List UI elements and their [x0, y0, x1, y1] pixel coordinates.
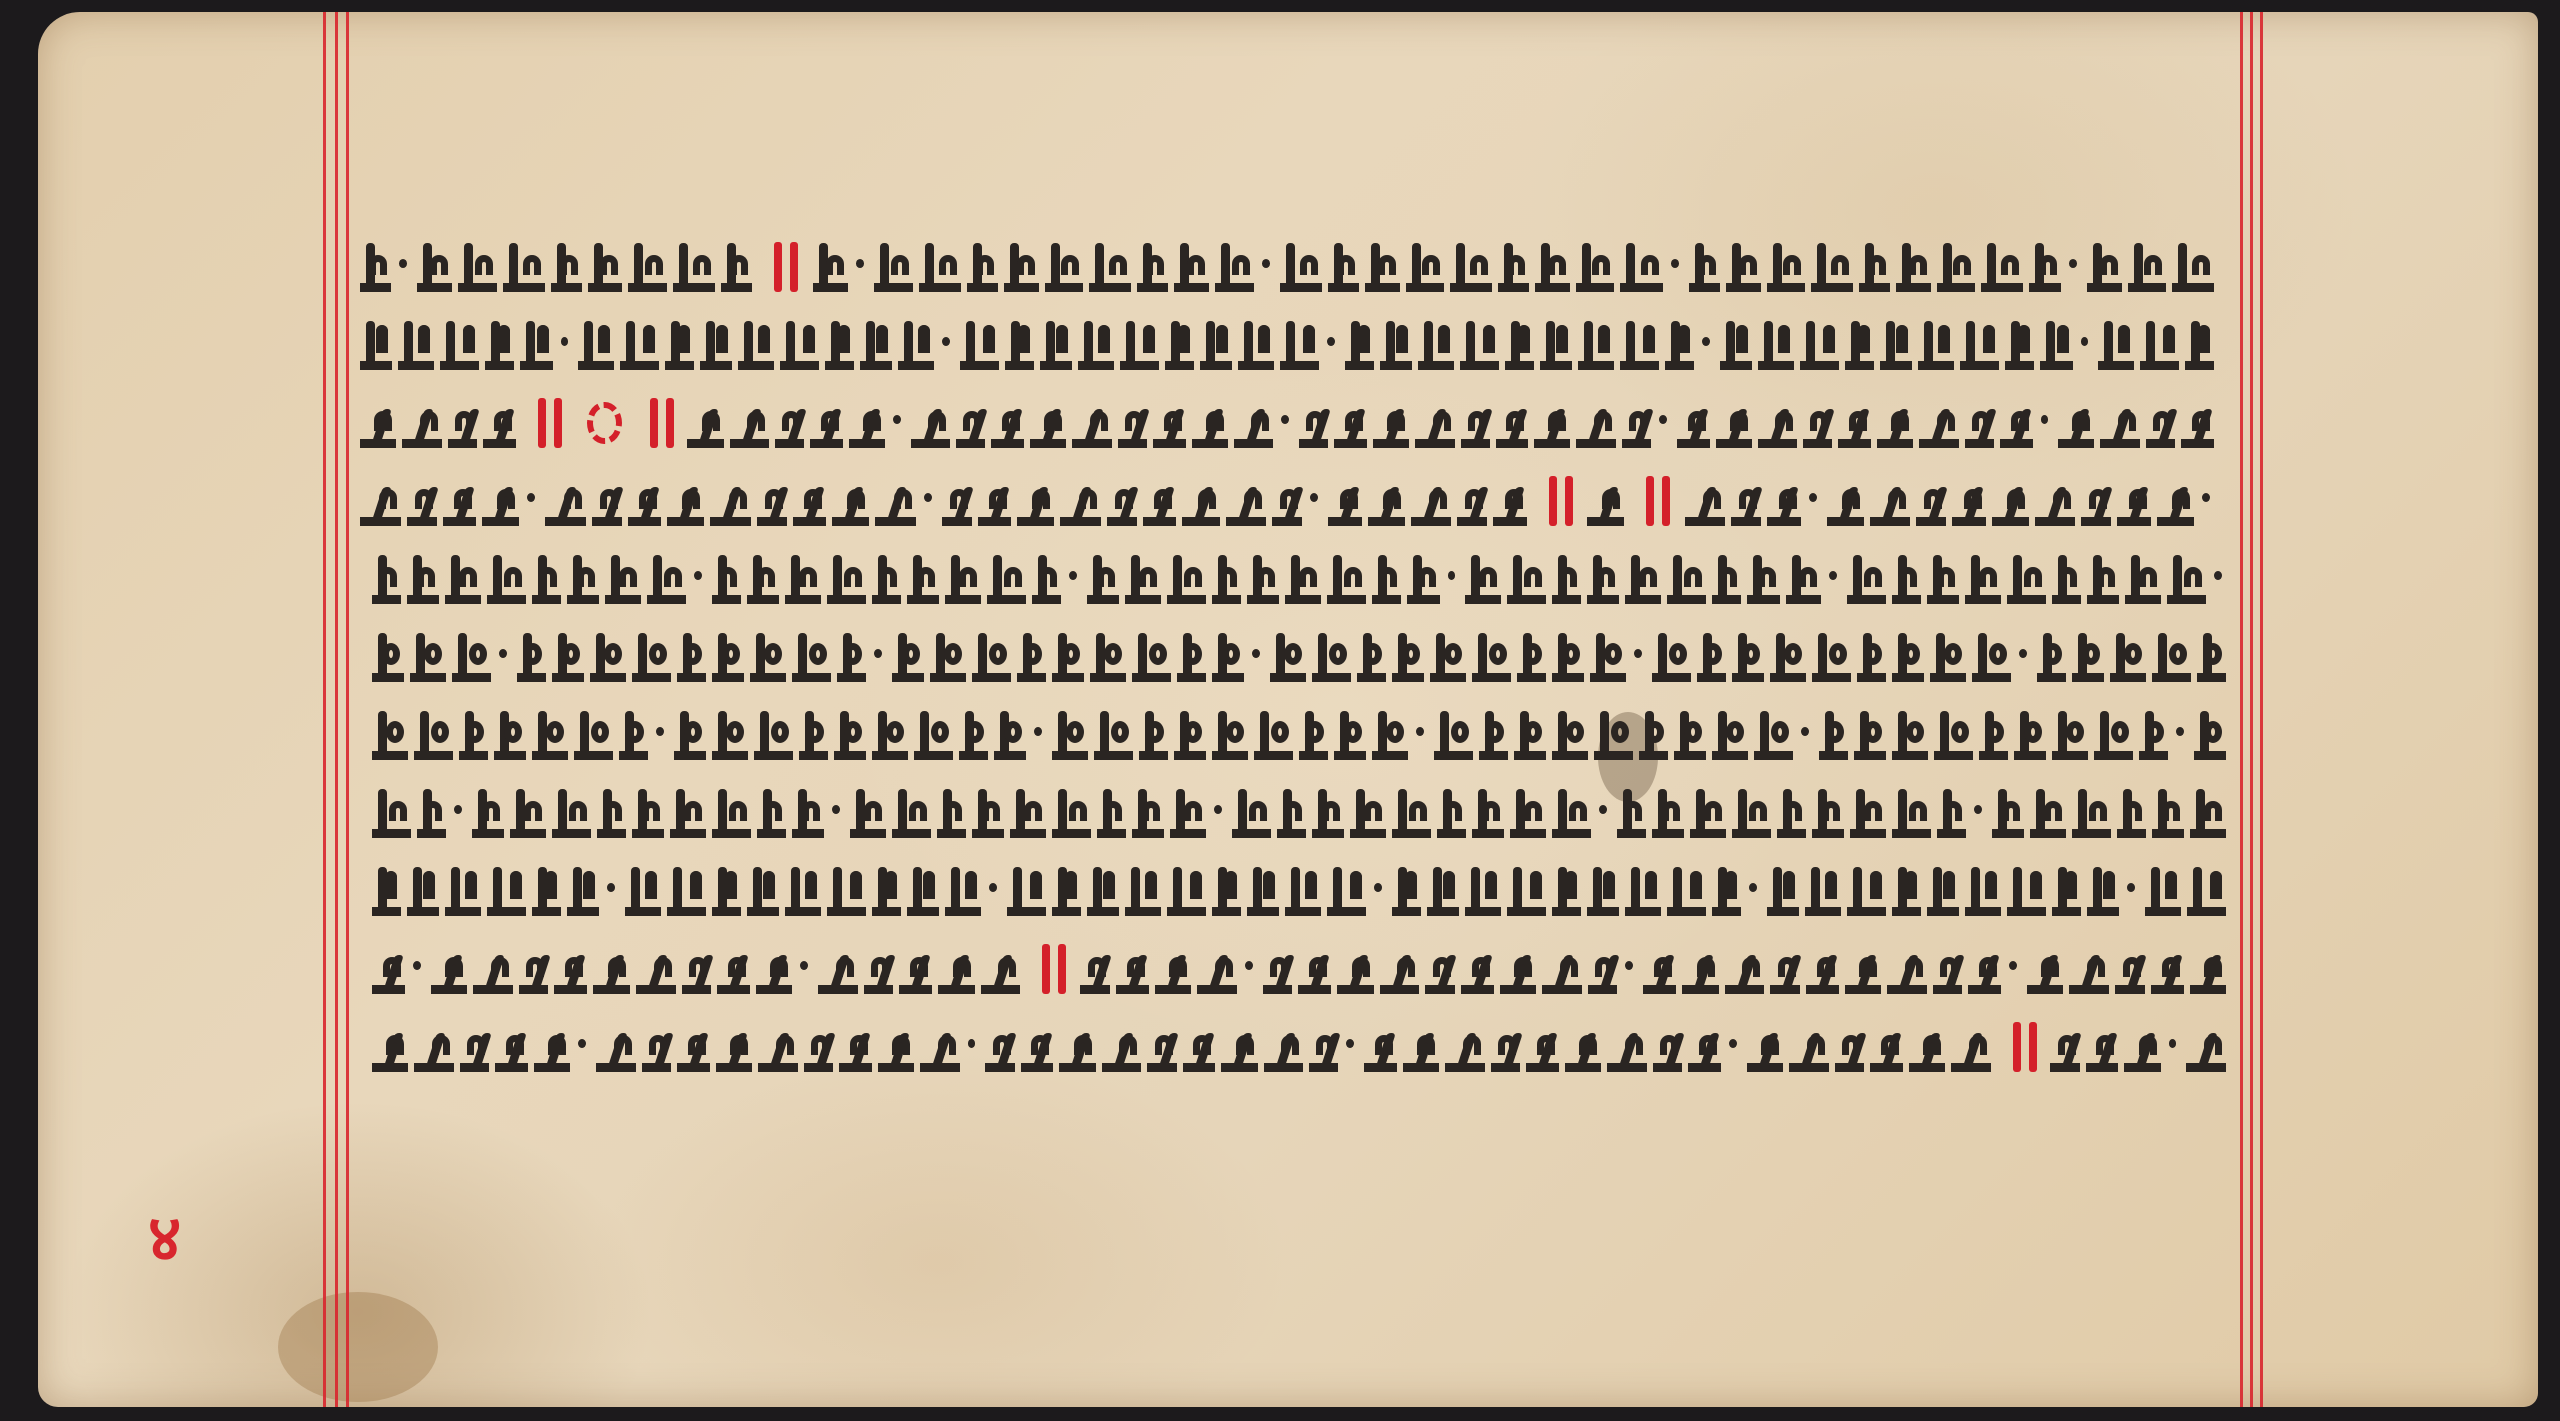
left-margin-rule	[323, 12, 326, 1407]
script-glyph	[1153, 402, 1186, 448]
punctuation-dot	[656, 727, 664, 736]
right-margin-rule	[2250, 12, 2253, 1407]
script-glyph	[837, 636, 866, 682]
script-glyph	[712, 558, 741, 604]
script-glyph	[1716, 402, 1752, 448]
script-glyph	[605, 558, 641, 604]
script-glyph	[1896, 246, 1931, 292]
script-glyph	[1212, 870, 1241, 916]
punctuation-dot	[1829, 571, 1837, 580]
script-glyph	[554, 948, 587, 994]
punctuation-dot	[1416, 727, 1424, 736]
punctuation-dot	[413, 961, 421, 970]
script-glyph	[1587, 558, 1619, 604]
script-glyph	[907, 558, 939, 604]
script-glyph	[2117, 792, 2146, 838]
script-glyph	[1850, 792, 1886, 838]
script-glyph	[1590, 636, 1626, 682]
script-glyph	[1212, 636, 1244, 682]
script-glyph	[1620, 324, 1659, 370]
script-glyph	[1280, 324, 1319, 370]
script-glyph	[1979, 714, 2008, 760]
script-glyph	[1767, 870, 1799, 916]
script-glyph	[1280, 246, 1322, 292]
punctuation-dot	[1729, 1039, 1737, 1048]
punctuation-dot	[1448, 571, 1456, 580]
script-glyph	[2050, 1026, 2079, 1072]
script-glyph	[2005, 324, 2034, 370]
script-glyph	[1437, 792, 1466, 838]
script-glyph	[2190, 948, 2226, 994]
script-glyph	[730, 402, 770, 448]
script-glyph	[417, 246, 452, 292]
script-glyph	[597, 792, 626, 838]
script-glyph	[1892, 870, 1921, 916]
script-glyph	[1800, 324, 1839, 370]
script-glyph	[1221, 1026, 1257, 1072]
script-glyph	[2181, 402, 2214, 448]
script-glyph	[832, 480, 869, 526]
script-glyph	[1927, 558, 1959, 604]
script-glyph	[1007, 870, 1046, 916]
script-glyph	[2040, 324, 2072, 370]
script-glyph	[665, 324, 694, 370]
script-glyph	[1445, 1026, 1485, 1072]
script-glyph	[1827, 480, 1864, 526]
red-double-danda	[1040, 944, 1066, 994]
script-glyph	[1125, 558, 1161, 604]
script-glyph	[1177, 636, 1206, 682]
script-glyph	[1097, 792, 1126, 838]
script-glyph	[872, 714, 908, 760]
script-glyph	[1491, 1026, 1520, 1072]
script-glyph	[2117, 480, 2151, 526]
script-glyph	[1226, 480, 1267, 526]
punctuation-dot	[1974, 805, 1982, 814]
script-glyph	[1425, 948, 1454, 994]
script-glyph	[1754, 714, 1793, 760]
script-glyph	[2030, 792, 2066, 838]
script-glyph	[914, 714, 953, 760]
script-glyph	[360, 324, 392, 370]
script-glyph	[1174, 714, 1206, 760]
script-glyph	[360, 402, 396, 448]
script-glyph	[1247, 870, 1279, 916]
script-glyph	[2187, 870, 2226, 916]
script-glyph	[458, 246, 496, 292]
script-glyph	[1576, 246, 1614, 292]
script-glyph	[494, 714, 526, 760]
script-glyph	[1968, 948, 2001, 994]
script-glyph	[532, 870, 561, 916]
left-margin-rule	[346, 12, 349, 1407]
script-glyph	[567, 870, 599, 916]
script-glyph	[1270, 636, 1306, 682]
script-glyph	[2069, 948, 2109, 994]
script-glyph	[1372, 558, 1401, 604]
script-glyph	[1981, 246, 2023, 292]
punctuation-dot	[499, 649, 507, 658]
script-glyph	[1263, 948, 1292, 994]
script-glyph	[1552, 792, 1591, 838]
script-glyph	[372, 636, 404, 682]
script-glyph	[625, 870, 661, 916]
script-glyph	[987, 558, 1026, 604]
punctuation-dot	[2081, 337, 2089, 346]
script-glyph	[981, 948, 1021, 994]
script-glyph	[1040, 324, 1072, 370]
script-glyph	[1472, 792, 1504, 838]
script-glyph	[495, 1026, 528, 1072]
script-glyph	[1183, 1026, 1216, 1072]
script-glyph	[1392, 870, 1421, 916]
script-glyph	[1972, 636, 2011, 682]
script-glyph	[2029, 246, 2060, 292]
manuscript-text-line	[372, 782, 2232, 838]
script-glyph	[2037, 636, 2066, 682]
manuscript-text-line	[360, 236, 2220, 292]
script-glyph	[1697, 636, 1726, 682]
script-glyph	[1139, 714, 1168, 760]
punctuation-dot	[856, 259, 864, 268]
script-glyph	[2194, 714, 2226, 760]
script-glyph	[1806, 948, 1839, 994]
punctuation-dot	[1262, 259, 1270, 268]
script-glyph	[1507, 870, 1546, 916]
script-glyph	[407, 480, 437, 526]
script-glyph	[1232, 792, 1271, 838]
script-glyph	[2100, 402, 2140, 448]
script-glyph	[1811, 246, 1853, 292]
script-glyph	[1587, 480, 1624, 526]
script-glyph	[919, 246, 961, 292]
script-glyph	[1992, 480, 2029, 526]
script-glyph	[1758, 402, 1798, 448]
script-glyph	[673, 246, 715, 292]
script-glyph	[687, 402, 723, 448]
script-glyph	[1542, 948, 1582, 994]
script-glyph	[1587, 870, 1619, 916]
script-glyph	[1052, 792, 1091, 838]
red-double-danda	[1644, 476, 1670, 526]
script-glyph	[414, 714, 453, 760]
script-glyph	[712, 870, 741, 916]
script-glyph	[750, 636, 786, 682]
script-glyph	[372, 1026, 408, 1072]
script-glyph	[785, 558, 821, 604]
script-glyph	[1143, 480, 1177, 526]
script-glyph	[2140, 324, 2179, 370]
script-glyph	[2087, 246, 2122, 292]
script-glyph	[1933, 948, 1962, 994]
script-glyph	[2014, 714, 2046, 760]
script-glyph	[1916, 480, 1946, 526]
script-glyph	[1835, 1026, 1864, 1072]
manuscript-text-line	[372, 626, 2232, 682]
script-glyph	[780, 324, 819, 370]
script-glyph	[431, 948, 467, 994]
script-glyph	[1460, 324, 1499, 370]
script-glyph	[1434, 714, 1473, 760]
script-glyph	[1406, 246, 1444, 292]
script-glyph	[1167, 558, 1206, 604]
script-glyph	[938, 948, 974, 994]
punctuation-dot	[1034, 727, 1042, 736]
punctuation-dot	[1809, 493, 1817, 502]
script-glyph	[1767, 480, 1801, 526]
script-glyph	[2086, 1026, 2119, 1072]
punctuation-dot	[2127, 883, 2135, 892]
punctuation-dot	[1599, 805, 1607, 814]
edge-stain	[278, 1292, 438, 1402]
script-glyph	[1277, 792, 1306, 838]
script-glyph	[1457, 480, 1487, 526]
script-glyph	[590, 636, 626, 682]
script-glyph	[2052, 870, 2081, 916]
script-glyph	[2081, 480, 2111, 526]
script-glyph	[738, 324, 774, 370]
script-glyph	[717, 948, 750, 994]
script-glyph	[372, 792, 411, 838]
script-glyph	[2190, 792, 2226, 838]
script-glyph	[482, 480, 519, 526]
punctuation-dot	[2009, 961, 2017, 970]
script-glyph	[1517, 636, 1546, 682]
script-glyph	[1254, 714, 1293, 760]
script-glyph	[2072, 792, 2111, 838]
script-glyph	[1182, 480, 1219, 526]
script-glyph	[1272, 480, 1302, 526]
script-glyph	[804, 1026, 833, 1072]
script-glyph	[1870, 1026, 1903, 1072]
script-glyph	[1298, 948, 1331, 994]
script-glyph	[1147, 1026, 1176, 1072]
script-glyph	[552, 636, 584, 682]
script-glyph	[619, 714, 648, 760]
script-glyph	[1309, 1026, 1338, 1072]
script-glyph	[1465, 558, 1501, 604]
script-glyph	[792, 636, 831, 682]
script-glyph	[1847, 870, 1886, 916]
script-glyph	[1934, 714, 1973, 760]
script-glyph	[757, 480, 787, 526]
script-glyph	[417, 792, 446, 838]
script-glyph	[1461, 948, 1494, 994]
script-glyph	[1392, 636, 1424, 682]
script-glyph	[1845, 324, 1874, 370]
script-glyph	[632, 636, 671, 682]
script-glyph	[1461, 402, 1490, 448]
script-glyph	[1712, 714, 1748, 760]
script-glyph	[1403, 1026, 1439, 1072]
script-glyph	[2128, 246, 2166, 292]
script-glyph	[1234, 402, 1274, 448]
script-glyph	[874, 246, 912, 292]
script-glyph	[2152, 636, 2191, 682]
script-glyph	[2072, 636, 2104, 682]
punctuation-dot	[1069, 571, 1077, 580]
script-glyph	[1479, 714, 1508, 760]
script-glyph	[1992, 792, 2024, 838]
script-glyph	[642, 1026, 671, 1072]
script-glyph	[1712, 870, 1741, 916]
script-glyph	[945, 870, 981, 916]
script-glyph	[1857, 636, 1886, 682]
script-glyph	[872, 870, 901, 916]
red-double-danda	[648, 398, 674, 448]
script-glyph	[414, 1026, 454, 1072]
script-glyph	[712, 636, 744, 682]
script-glyph	[460, 1026, 489, 1072]
script-glyph	[994, 714, 1026, 760]
script-glyph	[372, 870, 401, 916]
script-glyph	[1887, 948, 1927, 994]
script-glyph	[596, 1026, 636, 1072]
script-glyph	[1732, 792, 1771, 838]
script-glyph	[747, 558, 779, 604]
script-glyph	[793, 480, 827, 526]
script-glyph	[1892, 714, 1928, 760]
punctuation-dot	[942, 337, 950, 346]
script-glyph	[1682, 948, 1718, 994]
script-glyph	[967, 246, 998, 292]
script-glyph	[1357, 636, 1386, 682]
script-glyph	[1534, 402, 1570, 448]
script-glyph	[1960, 324, 1999, 370]
script-glyph	[1200, 324, 1232, 370]
script-glyph	[907, 870, 939, 916]
script-glyph	[825, 324, 854, 370]
script-glyph	[1299, 714, 1328, 760]
manuscript-text-line	[360, 314, 2220, 370]
script-glyph	[2094, 714, 2133, 760]
script-glyph	[2125, 558, 2161, 604]
script-glyph	[1078, 324, 1114, 370]
script-glyph	[1430, 636, 1466, 682]
script-glyph	[1652, 792, 1684, 838]
manuscript-text-line	[360, 392, 2220, 448]
script-glyph	[712, 792, 751, 838]
script-glyph	[2027, 948, 2063, 994]
right-margin-rule	[2260, 12, 2263, 1407]
script-glyph	[1498, 246, 1529, 292]
script-glyph	[1010, 792, 1046, 838]
script-glyph	[1625, 870, 1661, 916]
script-glyph	[1552, 636, 1584, 682]
punctuation-dot	[399, 259, 407, 268]
script-glyph	[978, 480, 1012, 526]
script-glyph	[1578, 324, 1614, 370]
script-glyph	[1847, 558, 1886, 604]
script-glyph	[1747, 1026, 1783, 1072]
script-glyph	[1805, 870, 1841, 916]
script-glyph	[1689, 246, 1720, 292]
script-glyph	[443, 480, 477, 526]
script-glyph	[1368, 480, 1405, 526]
punctuation-dot	[1625, 961, 1633, 970]
script-glyph	[574, 714, 613, 760]
script-glyph	[1725, 948, 1765, 994]
script-glyph	[1167, 870, 1206, 916]
script-glyph	[2167, 558, 2206, 604]
script-glyph	[503, 246, 545, 292]
script-glyph	[517, 636, 546, 682]
script-glyph	[1653, 1026, 1682, 1072]
script-glyph	[1639, 714, 1668, 760]
script-glyph	[972, 636, 1011, 682]
script-glyph	[1919, 402, 1959, 448]
punctuation-dot	[561, 337, 569, 346]
script-glyph	[834, 714, 866, 760]
script-glyph	[1197, 948, 1237, 994]
script-glyph	[1285, 558, 1321, 604]
script-glyph	[747, 870, 779, 916]
script-glyph	[487, 870, 526, 916]
script-glyph	[2145, 870, 2181, 916]
script-glyph	[372, 714, 408, 760]
script-glyph	[1327, 870, 1366, 916]
script-glyph	[628, 246, 666, 292]
script-glyph	[2185, 324, 2214, 370]
punctuation-dot	[1310, 493, 1318, 502]
script-glyph	[1720, 324, 1752, 370]
script-glyph	[1174, 246, 1209, 292]
script-glyph	[2115, 948, 2144, 994]
script-glyph	[1365, 246, 1400, 292]
script-glyph	[1120, 324, 1159, 370]
script-glyph	[1870, 480, 1911, 526]
script-glyph	[937, 792, 966, 838]
script-glyph	[1770, 636, 1806, 682]
script-glyph	[756, 948, 792, 994]
script-glyph	[2035, 480, 2076, 526]
script-glyph	[2157, 480, 2194, 526]
script-glyph	[1107, 480, 1137, 526]
punctuation-dot	[607, 883, 615, 892]
script-glyph	[1411, 480, 1452, 526]
script-glyph	[1622, 402, 1651, 448]
script-glyph	[1667, 558, 1706, 604]
script-glyph	[898, 324, 934, 370]
punctuation-dot	[1749, 883, 1757, 892]
script-glyph	[1052, 870, 1081, 916]
script-glyph	[1380, 324, 1412, 370]
script-glyph	[1838, 402, 1871, 448]
punctuation-dot	[893, 415, 901, 424]
script-glyph	[1021, 1026, 1054, 1072]
script-glyph	[667, 480, 704, 526]
script-glyph	[1892, 792, 1931, 838]
red-double-danda	[772, 242, 799, 292]
script-glyph	[677, 1026, 710, 1072]
script-glyph	[360, 480, 401, 526]
script-glyph	[1770, 948, 1799, 994]
script-glyph	[1328, 246, 1359, 292]
script-glyph	[839, 1026, 872, 1072]
script-glyph	[1952, 480, 1986, 526]
script-glyph	[1215, 246, 1253, 292]
script-glyph	[757, 792, 786, 838]
script-glyph	[1625, 558, 1661, 604]
script-glyph	[818, 948, 858, 994]
script-glyph	[1450, 246, 1492, 292]
script-glyph	[1786, 558, 1822, 604]
script-glyph	[716, 1026, 752, 1072]
script-glyph	[792, 792, 824, 838]
script-glyph	[1918, 324, 1954, 370]
script-glyph	[628, 480, 662, 526]
punctuation-dot	[527, 493, 535, 502]
